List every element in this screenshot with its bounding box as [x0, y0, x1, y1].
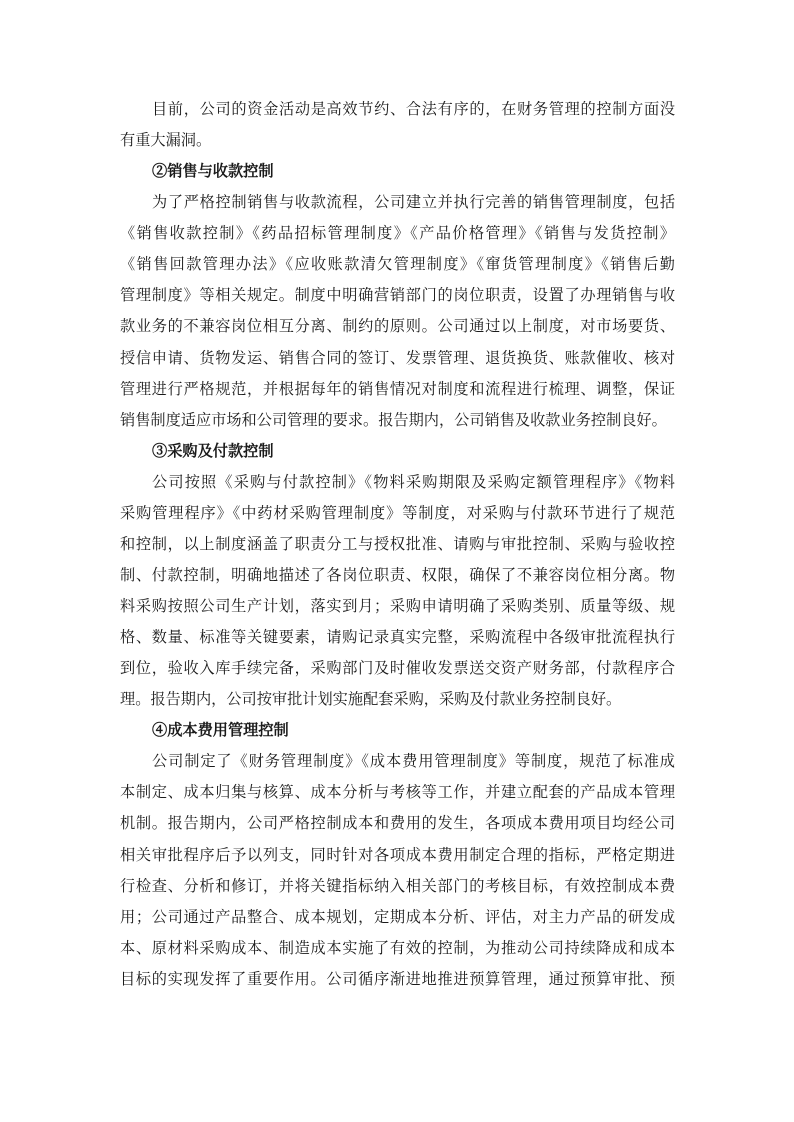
section-heading: ②销售与收款控制 — [120, 156, 675, 187]
paragraph-line: 用；公司通过产品整合、成本规划，定期成本分析、评估，对主力产品的研发成 — [120, 902, 675, 933]
document-page: 目前，公司的资金活动是高效节约、合法有序的，在财务管理的控制方面没有重大漏洞。②… — [0, 0, 794, 1122]
paragraph-line: 格、数量、标准等关键要素，请购记录真实完整，采购流程中各级审批流程执行 — [120, 622, 675, 653]
section-heading: ④成本费用管理控制 — [120, 715, 675, 746]
section-heading: ③采购及付款控制 — [120, 436, 675, 467]
paragraph-line: 管理制度》等相关规定。制度中明确营销部门的岗位职责，设置了办理销售与收 — [120, 280, 675, 311]
paragraph-line: 管理进行严格规范，并根据每年的销售情况对制度和流程进行梳理、调整，保证 — [120, 374, 675, 405]
paragraph-line: 公司制定了《财务管理制度》《成本费用管理制度》等制度，规范了标准成 — [120, 746, 675, 777]
paragraph-line: 相关审批程序后予以列支，同时针对各项成本费用制定合理的指标，严格定期进 — [120, 840, 675, 871]
paragraph-line: 目标的实现发挥了重要作用。公司循序渐进地推进预算管理，通过预算审批、预 — [120, 964, 675, 995]
paragraph-line: 行检查、分析和修订，并将关键指标纳入相关部门的考核目标，有效控制成本费 — [120, 871, 675, 902]
paragraph-line: 销售制度适应市场和公司管理的要求。报告期内，公司销售及收款业务控制良好。 — [120, 405, 675, 436]
paragraph-line: 本、原材料采购成本、制造成本实施了有效的控制，为推动公司持续降成和成本 — [120, 933, 675, 964]
paragraph-line: 和控制，以上制度涵盖了职责分工与授权批准、请购与审批控制、采购与验收控 — [120, 529, 675, 560]
paragraph-line: 为了严格控制销售与收款流程，公司建立并执行完善的销售管理制度，包括 — [120, 187, 675, 218]
paragraph-line: 公司按照《采购与付款控制》《物料采购期限及采购定额管理程序》《物料 — [120, 467, 675, 498]
paragraph-line: 授信申请、货物发运、销售合同的签订、发票管理、退货换货、账款催收、核对 — [120, 343, 675, 374]
paragraph-line: 《销售回款管理办法》《应收账款清欠管理制度》《窜货管理制度》《销售后勤 — [120, 249, 675, 280]
paragraph-line: 料采购按照公司生产计划，落实到月；采购申请明确了采购类别、质量等级、规 — [120, 591, 675, 622]
paragraph-line: 采购管理程序》《中药材采购管理制度》等制度，对采购与付款环节进行了规范 — [120, 498, 675, 529]
paragraph-line: 目前，公司的资金活动是高效节约、合法有序的，在财务管理的控制方面没 — [120, 94, 675, 125]
paragraph-line: 到位，验收入库手续完备，采购部门及时催收发票送交资产财务部，付款程序合 — [120, 653, 675, 684]
paragraph-line: 本制定、成本归集与核算、成本分析与考核等工作，并建立配套的产品成本管理 — [120, 777, 675, 808]
paragraph-line: 有重大漏洞。 — [120, 125, 675, 156]
paragraph-line: 《销售收款控制》《药品招标管理制度》《产品价格管理》《销售与发货控制》 — [120, 218, 675, 249]
paragraph-line: 理。报告期内，公司按审批计划实施配套采购，采购及付款业务控制良好。 — [120, 684, 675, 715]
paragraph-line: 机制。报告期内，公司严格控制成本和费用的发生，各项成本费用项目均经公司 — [120, 808, 675, 839]
paragraph-line: 制、付款控制，明确地描述了各岗位职责、权限，确保了不兼容岗位相分离。物 — [120, 560, 675, 591]
paragraph-line: 款业务的不兼容岗位相互分离、制约的原则。公司通过以上制度，对市场要货、 — [120, 311, 675, 342]
document-text-area: 目前，公司的资金活动是高效节约、合法有序的，在财务管理的控制方面没有重大漏洞。②… — [120, 94, 675, 995]
